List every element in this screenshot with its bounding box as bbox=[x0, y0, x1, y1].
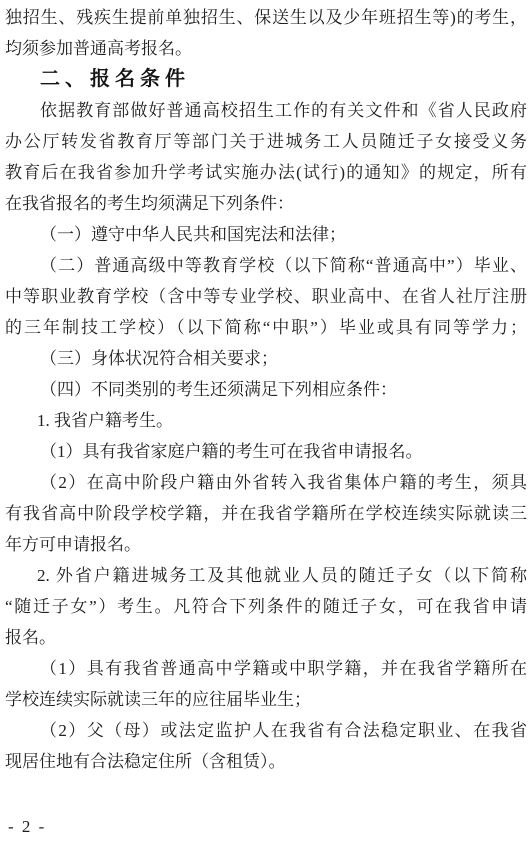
text-line: 在我省报名的考生均须满足下列条件： bbox=[5, 188, 527, 219]
list-item-line: 1. 我省户籍考生。 bbox=[5, 405, 527, 436]
page-number: - 2 - bbox=[8, 817, 46, 837]
text-line: 依据教育部做好普通高校招生工作的有关文件和《省人民政府 bbox=[5, 95, 527, 126]
document-page: 独招生、残疾生提前单独招生、保送生以及少年班招生等)的考生， 均须参加普通高考报… bbox=[0, 0, 532, 843]
text-line: 学校连续实际就读三年的应往届毕业生； bbox=[5, 684, 527, 715]
text-line: 的三年制技工学校）（以下简称“中职”）毕业或具有同等学力； bbox=[5, 312, 527, 343]
list-item-line: （2）父（母）或法定监护人在我省有合法稳定职业、在我省 bbox=[5, 715, 527, 746]
list-item-line: （二）普通高级中等教育学校（以下简称“普通高中”）毕业、 bbox=[5, 250, 527, 281]
text-line: “随迁子女”）考生。凡符合下列条件的随迁子女，可在我省申请 bbox=[5, 591, 527, 622]
list-item-line: （1）具有我省家庭户籍的考生可在我省申请报名。 bbox=[5, 436, 527, 467]
text-line: 均须参加普通高考报名。 bbox=[5, 33, 527, 64]
section-heading: 二、报名条件 bbox=[5, 64, 527, 95]
list-item-line: （三）身体状况符合相关要求； bbox=[5, 343, 527, 374]
text-line: 报名。 bbox=[5, 622, 527, 653]
document-body: 独招生、残疾生提前单独招生、保送生以及少年班招生等)的考生， 均须参加普通高考报… bbox=[5, 2, 527, 777]
text-line: 办公厅转发省教育厅等部门关于进城务工人员随迁子女接受义务 bbox=[5, 126, 527, 157]
text-line: 年方可申请报名。 bbox=[5, 529, 527, 560]
list-item-line: 2. 外省户籍进城务工及其他就业人员的随迁子女（以下简称 bbox=[5, 560, 527, 591]
text-line: 教育后在我省参加升学考试实施办法(试行)的通知》的规定，所有 bbox=[5, 157, 527, 188]
list-item-line: （一）遵守中华人民共和国宪法和法律； bbox=[5, 219, 527, 250]
list-item-line: （1）具有我省普通高中学籍或中职学籍，并在我省学籍所在 bbox=[5, 653, 527, 684]
list-item-line: （2）在高中阶段户籍由外省转入我省集体户籍的考生，须具 bbox=[5, 467, 527, 498]
text-line: 独招生、残疾生提前单独招生、保送生以及少年班招生等)的考生， bbox=[5, 2, 527, 33]
text-line: 中等职业教育学校（含中等专业学校、职业高中、在省人社厅注册 bbox=[5, 281, 527, 312]
list-item-line: （四）不同类别的考生还须满足下列相应条件： bbox=[5, 374, 527, 405]
text-line: 现居住地有合法稳定住所（含租赁）。 bbox=[5, 746, 527, 777]
text-line: 有我省高中阶段学校学籍，并在我省学籍所在学校连续实际就读三 bbox=[5, 498, 527, 529]
